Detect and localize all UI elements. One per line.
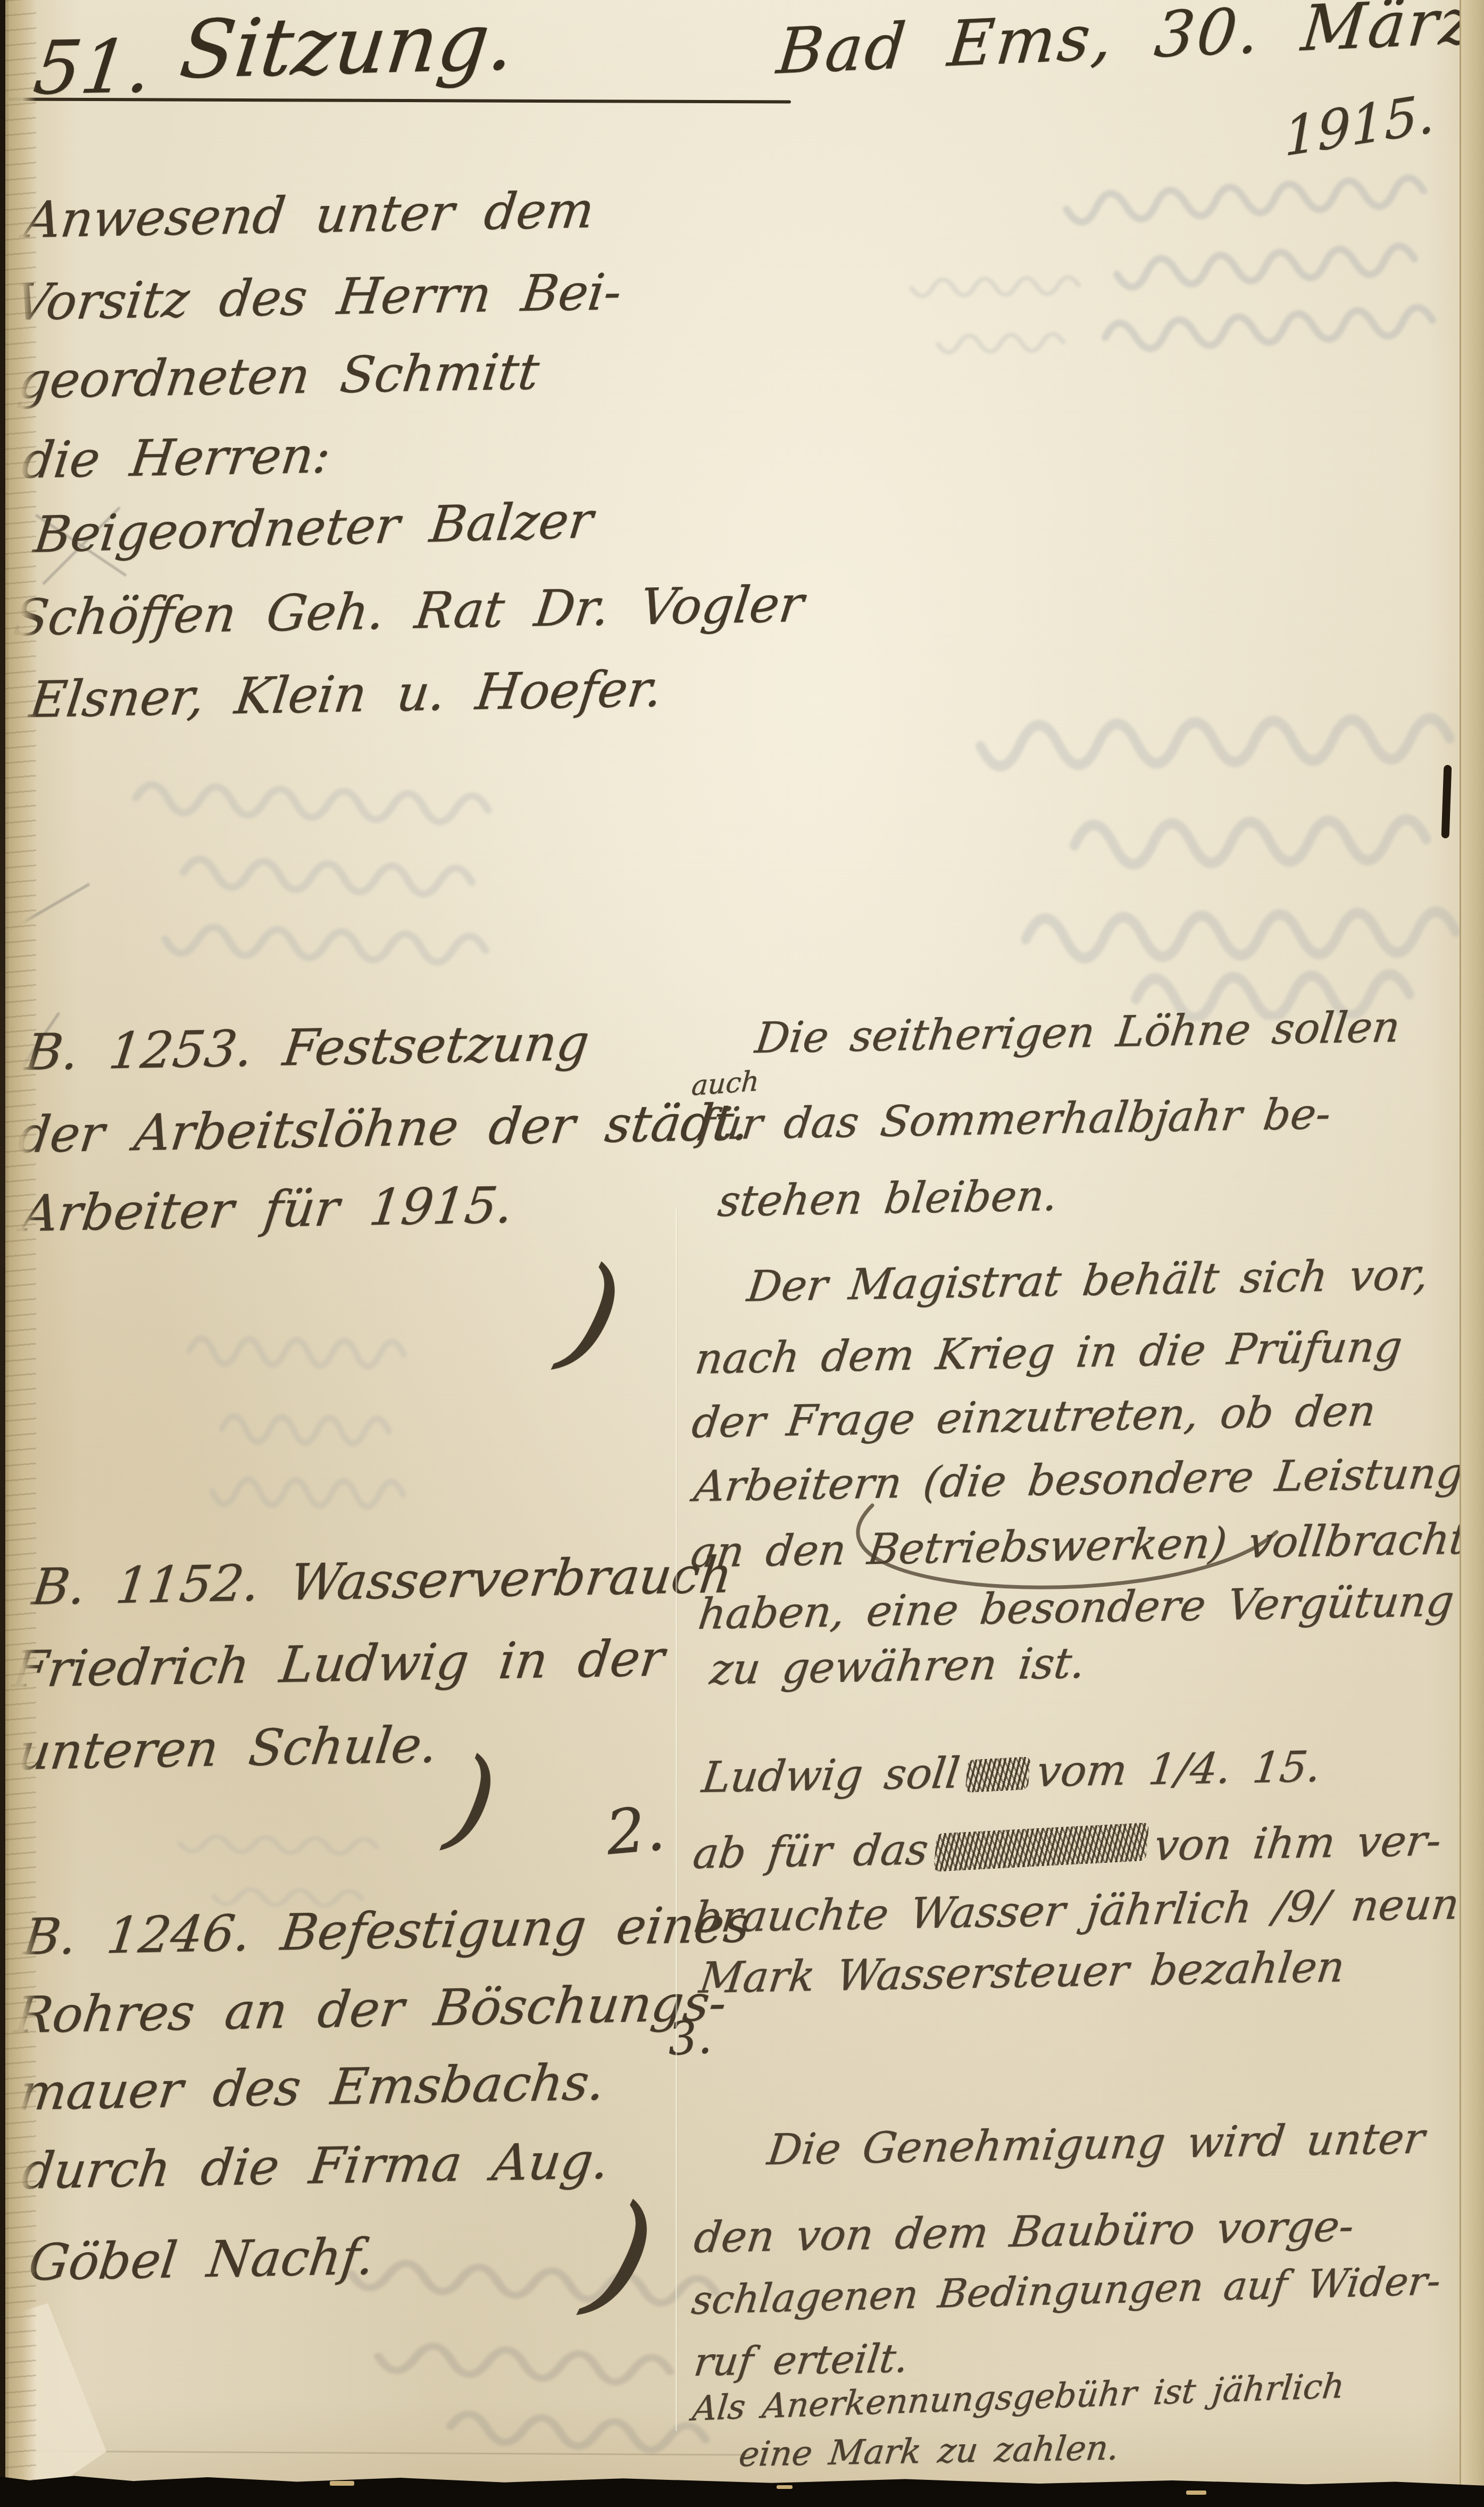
dateline: Bad Ems, 30. März (774, 0, 1479, 88)
scribbled-out-word (965, 1756, 1031, 1793)
resolution2-line: Mark Wassersteuer bezahlen (697, 1942, 1347, 2003)
resolution3-line: schlagenen Bedingungen auf Wider- (689, 2258, 1443, 2323)
resolution1-line: nach dem Krieg in die Prüfung (693, 1322, 1405, 1384)
agenda-item3-line: Rohres an der Böschungs- (12, 1974, 730, 2045)
attendance-line: Elsner, Klein u. Hoefer. (27, 660, 665, 729)
resolution1-line: Der Magistrat behält sich vor, (745, 1250, 1431, 1311)
attendance-line: die Herren: (19, 427, 334, 490)
scribbled-out-word (933, 1822, 1149, 1872)
resolution1-insertion: auch (690, 1065, 760, 1102)
attendance-line: geordneten Schmitt (15, 343, 542, 410)
resolution3-number: 3. (666, 2011, 713, 2066)
agenda-item1-line: B. 1253. Festsetzung (22, 1014, 593, 1082)
attendance-line: Anwesend unter dem (21, 181, 597, 249)
parenthesis-flourish-stroke (681, 1468, 1319, 1638)
resolution2-text: ab für das (690, 1825, 931, 1878)
paper-fleck (777, 2485, 793, 2489)
resolution1-line: für das Sommerhalbjahr be- (696, 1089, 1333, 1150)
resolution1-line: Die seitherigen Löhne sollen (753, 1002, 1403, 1063)
agenda-item3-line: Göbel Nachf. (26, 2228, 378, 2292)
item2-number-mark: 2. (603, 1793, 668, 1869)
resolution3-line: Die Genehmigung wird unter (765, 2113, 1427, 2175)
paper-fleck (330, 2481, 354, 2486)
resolution2-line: Ludwig sollvom 1/4. 15. (699, 1742, 1324, 1802)
resolution3-line: ruf erteilt. (691, 2336, 911, 2385)
ink-bleedthrough-ghost (901, 676, 1465, 1026)
page-stack-right-edge (1460, 0, 1484, 2507)
resolution2-line: ab für dasvon ihm ver- (690, 1815, 1444, 1878)
paper-sheet: 51. Sitzung. Bad Ems, 30. März 1915. Anw… (0, 0, 1484, 2507)
resolution2-text: von ihm ver- (1152, 1815, 1444, 1870)
resolution3-line: den von dem Baubüro vorge- (691, 2201, 1357, 2262)
resolution2-text: Ludwig soll (699, 1748, 962, 1802)
resolution3-line: eine Mark zu zahlen. (737, 2428, 1121, 2475)
resolution2-text: vom 1/4. 15. (1034, 1742, 1324, 1796)
manuscript-scan: 51. Sitzung. Bad Ems, 30. März 1915. Anw… (0, 0, 1484, 2507)
ink-bleedthrough-ghost (68, 1300, 412, 1519)
item2-closing-paren-mark: ) (440, 1731, 505, 1868)
agenda-item1-line: der Arbeitslöhne der städt. (15, 1094, 753, 1164)
agenda-item3-line: mauer des Emsbachs. (16, 2054, 608, 2122)
book-binding-edge (5, 0, 36, 2507)
resolution2-line: brauchte Wasser jährlich /9/ neun (691, 1879, 1462, 1942)
agenda-item1-line: Arbeiter für 1915. (19, 1177, 516, 1243)
session-title: Sitzung. (176, 0, 520, 97)
agenda-item3-line: B. 1246. Befestigung eines (20, 1896, 753, 1967)
item1-closing-paren-mark: ) (551, 1236, 636, 1392)
ink-bleedthrough-ghost (34, 753, 498, 997)
agenda-item3-line: durch die Firma Aug. (19, 2133, 612, 2201)
agenda-item2-line: Friedrich Ludwig in der (10, 1629, 668, 1699)
resolution1-line: stehen bleiben. (715, 1171, 1061, 1226)
paper-fleck (1186, 2491, 1206, 2495)
ink-bleedthrough-ghost (786, 247, 1086, 391)
resolution1-line: zu gewähren ist. (707, 1638, 1088, 1694)
attendance-line: Vorsitz des Herrn Bei- (12, 263, 624, 332)
agenda-item2-line: B. 1152. Wasserverbrauch (29, 1546, 736, 1617)
agenda-item2-line: unteren Schule. (15, 1716, 441, 1781)
resolution1-line: der Frage einzutreten, ob den (689, 1386, 1379, 1447)
center-fold-crease (676, 1207, 677, 2431)
